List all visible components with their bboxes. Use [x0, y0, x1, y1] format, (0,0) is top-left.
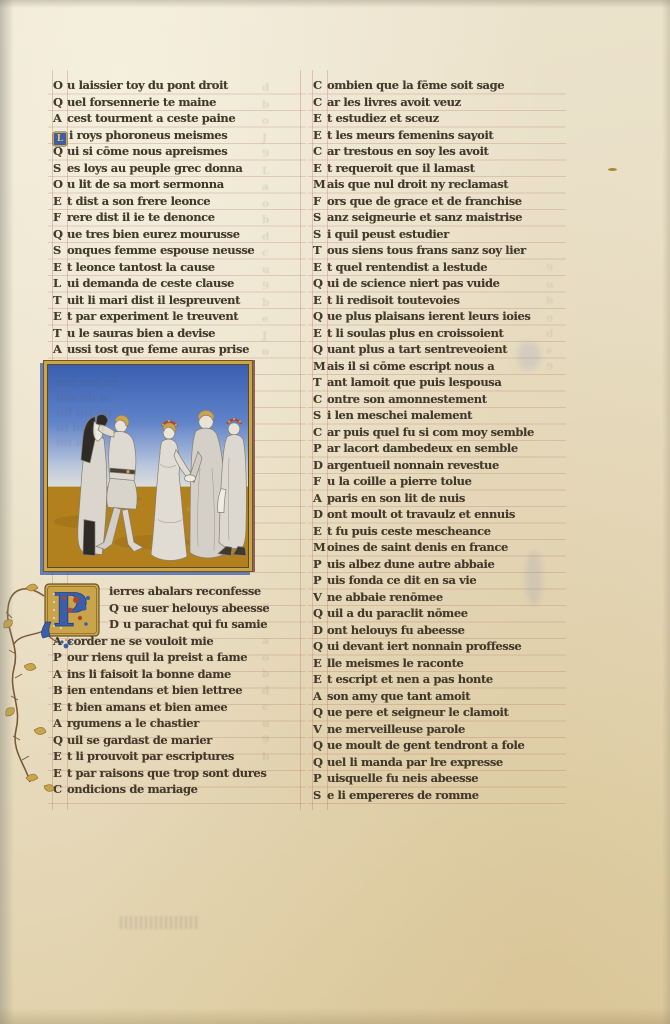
verse-text: ui si cōme nous apreismes	[67, 144, 227, 158]
versal-initial: T	[53, 326, 67, 340]
versal-initial: S	[313, 210, 327, 224]
verse-text: ue moult de gent tendront a fole	[327, 738, 524, 752]
versal-initial: P	[313, 557, 327, 571]
verse-line: Fu la coille a pierre tolue	[313, 474, 568, 491]
versal-initial: D	[313, 623, 327, 637]
verse-line: Et li soulas plus en croissoient	[313, 326, 568, 343]
versal-initial: T	[53, 293, 67, 307]
versal-initial: E	[313, 326, 327, 340]
verse-text: ar puis quel fu si com moy semble	[327, 425, 534, 439]
versal-initial: A	[313, 491, 327, 505]
verse-text: u laissier toy du pont droit	[67, 78, 228, 92]
verse-text: ne abbaie renōmee	[327, 590, 443, 604]
versal-initial: D	[313, 507, 327, 521]
verse-line: Et les meurs femenins savoit	[313, 128, 568, 145]
verse-text: ous siens tous frans sanz soy lier	[327, 243, 526, 257]
verse-line: Aussi tost que feme auras prise	[53, 342, 303, 359]
verse-text: t li redisoit toutevoies	[327, 293, 460, 307]
versal-initial: C	[313, 392, 327, 406]
verse-line: Lui demanda de ceste clause	[53, 276, 303, 293]
versal-initial: V	[313, 722, 327, 736]
verse-text: t dist a son frere leonce	[67, 194, 210, 208]
versal-initial: M	[313, 177, 327, 191]
verse-text: uel li manda par lre expresse	[327, 755, 503, 769]
manuscript-page: { "page": { "title": "Gothic illuminated…	[0, 0, 670, 1024]
versal-initial: M	[313, 540, 327, 554]
verse-line: Moines de saint denis en france	[313, 540, 568, 557]
verse-line: Mais que nul droit ny reclamast	[313, 177, 568, 194]
verse-text: e li empereres de romme	[327, 788, 479, 802]
versal-initial: E	[313, 111, 327, 125]
verse-text: uil a du paraclit nōmee	[327, 606, 468, 620]
versal-initial: S	[313, 408, 327, 422]
versal-initial: P	[313, 441, 327, 455]
verse-text: uit li mari dist il lespreuvent	[67, 293, 240, 307]
verse-text: ui demanda de ceste clause	[67, 276, 234, 290]
verse-line: Car les livres avoit veuz	[313, 95, 568, 112]
verse-text: ors que de grace et de franchise	[327, 194, 522, 208]
verse-text: paris en son lit de nuis	[327, 491, 465, 505]
versal-initial: Q	[313, 276, 327, 290]
verse-text: ar les livres avoit veuz	[327, 95, 461, 109]
versal-initial: S	[313, 788, 327, 802]
verse-line: Car trestous en soy les avoit	[313, 144, 568, 161]
versal-initial: E	[313, 672, 327, 686]
verse-line: Dont helouys fu abeesse	[313, 623, 568, 640]
versal-initial: E	[313, 656, 327, 670]
verse-line: Sonques femme espouse neusse	[53, 243, 303, 260]
verse-text: ui de science niert pas vuide	[327, 276, 500, 290]
versal-initial: Q	[313, 738, 327, 752]
verse-text: ant lamoit que puis lespousa	[327, 375, 501, 389]
verse-text: t li soulas plus en croissoient	[327, 326, 503, 340]
verse-text: ne merveilleuse parole	[327, 722, 465, 736]
verse-line: Si quil peust estudier	[313, 227, 568, 244]
verse-text: uis albez dune autre abbaie	[327, 557, 494, 571]
verse-text: i len meschei malement	[327, 408, 472, 422]
verse-text: ombien que la fēme soit sage	[327, 78, 504, 92]
verse-line: Mais il si cōme escript nous a	[313, 359, 568, 376]
versal-initial: A	[53, 111, 67, 125]
verse-line: Ses loys au peuple grec donna	[53, 161, 303, 178]
verse-text: u parachat qui fu samie	[123, 617, 267, 631]
versal-initial: Q	[53, 227, 67, 241]
verse-line: Et requeroit que il lamast	[313, 161, 568, 178]
verse-line: Vne abbaie renōmee	[313, 590, 568, 607]
verse-line: Et fu puis ceste mescheance	[313, 524, 568, 541]
verse-line: Quel li manda par lre expresse	[313, 755, 568, 772]
verse-text: ont moult ot travaulz et ennuis	[327, 507, 515, 521]
verse-text: ui devant iert nonnain proffesse	[327, 639, 521, 653]
versal-initial: S	[53, 243, 67, 257]
versal-initial: P	[313, 573, 327, 587]
verse-text: anz seigneurie et sanz maistrise	[327, 210, 522, 224]
versal-initial: Q	[313, 342, 327, 356]
faded-stamp	[120, 916, 198, 929]
verse-line: Que moult de gent tendront a fole	[313, 738, 568, 755]
versal-initial: E	[53, 260, 67, 274]
verse-text: rere dist il ie te denonce	[67, 210, 215, 224]
verse-text: argentueil nonnain revestue	[327, 458, 499, 472]
versal-initial: O	[53, 78, 67, 92]
verse-text: uisquelle fu neis abeesse	[327, 771, 478, 785]
verse-text: ue plus plaisans ierent leurs ioies	[327, 309, 530, 323]
verse-line: Ou lit de sa mort sermonna	[53, 177, 303, 194]
versal-initial: A	[313, 689, 327, 703]
versal-initial: Q	[313, 606, 327, 620]
verse-line: Car puis quel fu si com moy semble	[313, 425, 568, 442]
verse-line: Si len meschei malement	[313, 408, 568, 425]
versal-initial: E	[313, 293, 327, 307]
verse-line: Par lacort dambedeux en semble	[313, 441, 568, 458]
verse-line: Qui si cōme nous apreismes	[53, 144, 303, 161]
verse-text: ue suer helouys abeesse	[123, 601, 269, 615]
verse-line: Aparis en son lit de nuis	[313, 491, 568, 508]
versal-initial: F	[313, 474, 327, 488]
verse-text: ar lacort dambedeux en semble	[327, 441, 518, 455]
verse-line: Acest tourment a ceste paine	[53, 111, 303, 128]
versal-initial: C	[313, 425, 327, 439]
verse-line: Puis albez dune autre abbaie	[313, 557, 568, 574]
verse-text: ontre son amonnestement	[327, 392, 487, 406]
verse-line: Quel forsennerie te maine	[53, 95, 303, 112]
verse-line: Ason amy que tant amoit	[313, 689, 568, 706]
verse-line: Puisquelle fu neis abeesse	[313, 771, 568, 788]
verse-text: ierres abalars reconfesse	[109, 584, 261, 598]
versal-initial: A	[53, 342, 67, 356]
verse-text: u le sauras bien a devise	[67, 326, 215, 340]
versal-initial: E	[53, 309, 67, 323]
versal-initial: E	[313, 161, 327, 175]
versal-initial: M	[313, 359, 327, 373]
verse-text: t leonce tantost la cause	[67, 260, 215, 274]
versal-initial: Q	[53, 95, 67, 109]
versal-initial: T	[313, 243, 327, 257]
verse-line: Et dist a son frere leonce	[53, 194, 303, 211]
verse-text: uis fonda ce dit en sa vie	[327, 573, 476, 587]
verse-line: Frere dist il ie te denonce	[53, 210, 303, 227]
verse-text: cest tourment a ceste paine	[67, 111, 235, 125]
verse-line: Tu le sauras bien a devise	[53, 326, 303, 343]
versal-initial: Q	[313, 755, 327, 769]
verse-line: Que pere et seigneur le clamoit	[313, 705, 568, 722]
right-column: Combien que la fēme soit sageCar les liv…	[313, 78, 568, 804]
illuminated-initial-p: P	[40, 582, 102, 640]
verse-text: t par experiment le treuvent	[67, 309, 238, 323]
verse-line: Li roys phoroneus meismes	[53, 128, 303, 145]
versal-initial: F	[53, 210, 67, 224]
verse-text: oines de saint denis en france	[327, 540, 508, 554]
versal-initial: F	[313, 194, 327, 208]
verse-line: Contre son amonnestement	[313, 392, 568, 409]
verse-text: i quil peust estudier	[327, 227, 449, 241]
versal-initial: P	[313, 771, 327, 785]
versal-initial: E	[313, 260, 327, 274]
versal-initial: C	[313, 95, 327, 109]
versal-initial: O	[53, 177, 67, 191]
verse-text: uant plus a tart sentreveoient	[327, 342, 507, 356]
verse-line: Combien que la fēme soit sage	[313, 78, 568, 95]
versal-initial: Q	[313, 309, 327, 323]
verse-line: Quant plus a tart sentreveoient	[313, 342, 568, 359]
versal-initial: E	[313, 524, 327, 538]
versal-initial: Q	[313, 639, 327, 653]
verse-text: u la coille a pierre tolue	[327, 474, 472, 488]
versal-initial: V	[313, 590, 327, 604]
versal-initial: C	[313, 78, 327, 92]
left-column-stanza1: Ou laissier toy du pont droitQuel forsen…	[53, 78, 303, 359]
page-top-shadow	[0, 0, 670, 8]
verse-line: Dargentueil nonnain revestue	[313, 458, 568, 475]
verse-line: Fors que de grace et de franchise	[313, 194, 568, 211]
versal-initial: E	[313, 128, 327, 142]
page-bottom-shadow	[0, 1008, 670, 1024]
verse-text: ue tres bien eurez mourusse	[67, 227, 240, 241]
verse-line: Et estudiez et sceuz	[313, 111, 568, 128]
blue-flower	[60, 639, 71, 649]
verse-text: lle meismes le raconte	[327, 656, 463, 670]
verse-text: t les meurs femenins savoit	[327, 128, 493, 142]
verse-text: son amy que tant amoit	[327, 689, 470, 703]
verse-text: t fu puis ceste mescheance	[327, 524, 491, 538]
versal-initial: S	[53, 161, 67, 175]
verse-line: Et quel rentendist a lestude	[313, 260, 568, 277]
verse-text: ar trestous en soy les avoit	[327, 144, 488, 158]
verse-line: Et escript et nen a pas honte	[313, 672, 568, 689]
verse-line: Tuit li mari dist il lespreuvent	[53, 293, 303, 310]
verse-text: t quel rentendist a lestude	[327, 260, 487, 274]
gold-speck	[608, 168, 617, 171]
verse-line: Qui de science niert pas vuide	[313, 276, 568, 293]
verse-line: Tant lamoit que puis lespousa	[313, 375, 568, 392]
verse-text: onques femme espouse neusse	[67, 243, 254, 257]
verse-text: ais que nul droit ny reclamast	[327, 177, 508, 191]
verse-line: Ou laissier toy du pont droit	[53, 78, 303, 95]
page-right-shadow	[662, 0, 670, 1024]
versal-initial: L	[53, 276, 67, 290]
versal-initial: Q	[313, 705, 327, 719]
verse-line: Puis fonda ce dit en sa vie	[313, 573, 568, 590]
verse-line: Quil a du paraclit nōmee	[313, 606, 568, 623]
versal-initial: S	[313, 227, 327, 241]
verse-line: Vne merveilleuse parole	[313, 722, 568, 739]
versal-initial: T	[313, 375, 327, 389]
verse-text: uel forsennerie te maine	[67, 95, 216, 109]
verse-line: Que tres bien eurez mourusse	[53, 227, 303, 244]
versal-initial: Q	[53, 144, 67, 158]
verse-line: Se li empereres de romme	[313, 788, 568, 805]
verse-text: ue pere et seigneur le clamoit	[327, 705, 508, 719]
verse-line: Sanz seigneurie et sanz maistrise	[313, 210, 568, 227]
verse-line: Elle meismes le raconte	[313, 656, 568, 673]
verse-text: u lit de sa mort sermonna	[67, 177, 224, 191]
versal-initial: D	[313, 458, 327, 472]
verse-text: ont helouys fu abeesse	[327, 623, 465, 637]
verse-text: i roys phoroneus meismes	[69, 128, 227, 142]
verse-line: Tous siens tous frans sanz soy lier	[313, 243, 568, 260]
verse-text: t escript et nen a pas honte	[327, 672, 493, 686]
verse-line: Que plus plaisans ierent leurs ioies	[313, 309, 568, 326]
verse-text: t estudiez et sceuz	[327, 111, 439, 125]
versal-initial: C	[313, 144, 327, 158]
verse-line: Et li redisoit toutevoies	[313, 293, 568, 310]
verse-text: ais il si cōme escript nous a	[327, 359, 494, 373]
verse-text: ussi tost que feme auras prise	[67, 342, 249, 356]
verse-line: Qui devant iert nonnain proffesse	[313, 639, 568, 656]
verse-text: t requeroit que il lamast	[327, 161, 475, 175]
verse-line: Et leonce tantost la cause	[53, 260, 303, 277]
verse-text: es loys au peuple grec donna	[67, 161, 242, 175]
versal-initial: E	[53, 194, 67, 208]
verse-line: Dont moult ot travaulz et ennuis	[313, 507, 568, 524]
verse-line: Et par experiment le treuvent	[53, 309, 303, 326]
